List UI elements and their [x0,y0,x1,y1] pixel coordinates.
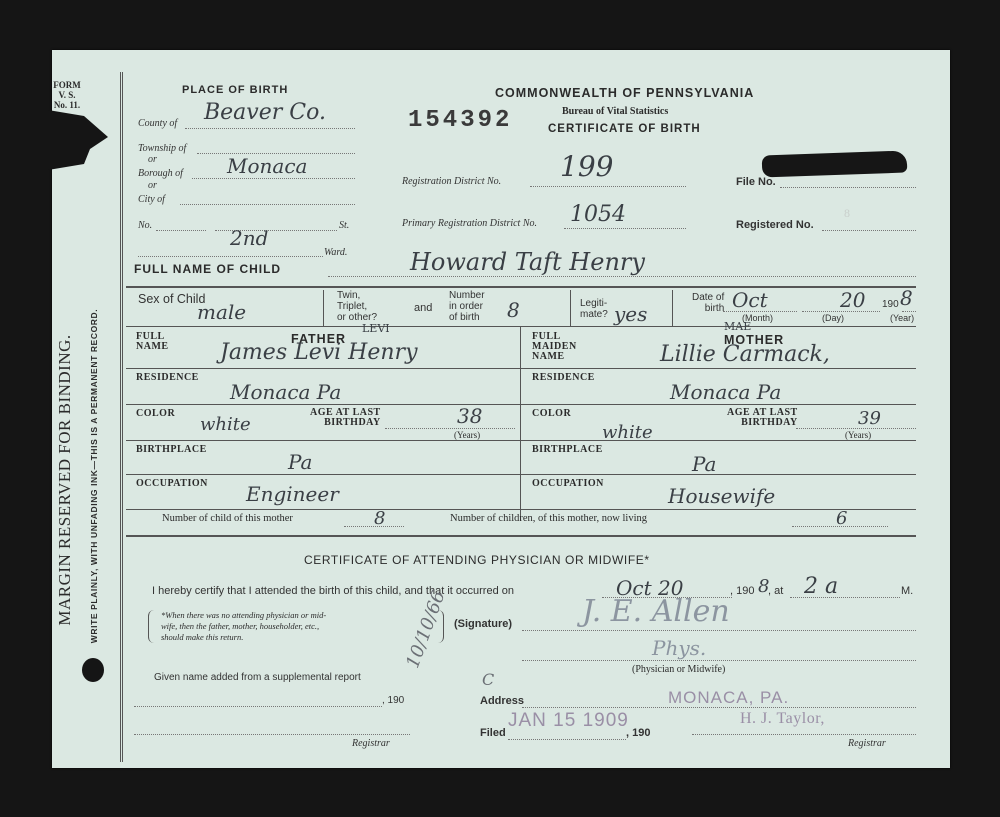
sex-label: Sex of Child [138,293,205,306]
punch-hole [82,658,104,682]
father-birthplace-value: Pa [288,450,312,474]
primary-district-value: 1054 [570,202,626,227]
physician-title: Phys. [652,636,706,660]
children-living-value: 6 [836,508,847,529]
primary-district-label: Primary Registration District No. [402,218,537,229]
mother-occupation-label: OCCUPATION [532,478,604,489]
margin-note: MARGIN RESERVED FOR BINDING. [55,315,75,645]
mother-name-value: Lillie Carmack, [660,342,830,367]
father-residence-value: Monaca Pa [230,380,341,404]
father-color-value: white [200,414,251,435]
dob-month: Oct [732,288,768,312]
physician-signature: J. E. Allen [582,594,730,629]
file-no-label: File No. [736,176,776,188]
children-living-label: Number of children, of this mother, now … [450,513,647,524]
borough-label: Borough of [138,168,183,179]
physician-heading: CERTIFICATE OF ATTENDING PHYSICIAN OR MI… [304,553,650,567]
father-age-value: 38 [457,404,482,428]
place-of-birth-heading: PLACE OF BIRTH [182,84,288,96]
commonwealth-heading: COMMONWEALTH OF PENNSYLVANIA [495,86,754,100]
mother-age-value: 39 [858,408,881,429]
registrar-caption-right: Registrar [848,738,886,749]
margin-rule [120,72,123,762]
father-residence-label: RESIDENCE [136,372,199,383]
father-correction: LEVI [362,322,390,335]
father-age-label: AGE AT LASTBIRTHDAY [310,408,381,428]
supplemental-initial: C [482,670,494,689]
role-caption: (Physician or Midwife) [632,664,725,675]
address-label: Address [480,695,524,707]
filed-stamp: JAN 15 1909 [508,710,629,732]
child-name-label: FULL NAME OF CHILD [134,262,281,276]
mother-age-label: AGE AT LASTBIRTHDAY [727,408,798,428]
mother-residence-label: RESIDENCE [532,372,595,383]
mother-residence-value: Monaca Pa [670,380,781,404]
father-name-value: James Levi Henry [220,340,418,365]
filed-label: Filed [480,727,506,739]
certify-text: I hereby certify that I attended the bir… [152,585,514,597]
township-label: Township of [138,143,186,154]
address-stamp: MONACA, PA. [668,688,789,708]
mother-birthplace-label: BIRTHPLACE [532,444,603,455]
district-label: Registration District No. [402,176,501,187]
bureau-heading: Bureau of Vital Statistics [562,106,668,117]
registered-no-value: 8 [844,206,850,221]
torn-corner [48,110,108,170]
ink-note: WRITE PLAINLY, WITH UNFADING INK—THIS IS… [89,306,99,646]
registrar-name-stamp: H. J. Taylor, [740,710,825,728]
father-color-label: COLOR [136,408,175,419]
dob-label: Date ofbirth [692,292,724,314]
mother-occupation-value: Housewife [668,484,775,508]
child-number-label: Number of child of this mother [162,513,293,524]
borough-value: Monaca [227,154,307,178]
mother-correction: MAE [724,320,751,333]
ward-value: 2nd [230,226,268,250]
signature-label: (Signature) [454,618,512,630]
sex-value: male [197,300,246,324]
father-birthplace-label: BIRTHPLACE [136,444,207,455]
certificate-title: CERTIFICATE OF BIRTH [548,123,701,135]
child-number-value: 8 [374,508,385,529]
mother-color-label: COLOR [532,408,571,419]
given-name-label: Given name added from a supplemental rep… [154,672,361,683]
form-number: FORM V. S. No. 11. [52,80,82,110]
twin-label: Twin,Triplet,or other? [337,290,377,323]
birth-certificate: FORM V. S. No. 11. MARGIN RESERVED FOR B… [52,50,950,768]
city-label: City of [138,194,165,205]
redaction-bar [762,150,908,177]
birth-order-label: Numberin orderof birth [449,290,485,323]
dob-year: 8 [900,286,913,310]
registered-no-label: Registered No. [736,219,814,231]
mother-birthplace-value: Pa [692,452,716,476]
child-name-value: Howard Taft Henry [410,248,645,276]
father-occupation-value: Engineer [246,482,339,506]
certificate-number: 154392 [408,107,512,134]
footnote: *When there was no attending physician o… [148,610,444,643]
registrar-caption-left: Registrar [352,738,390,749]
dob-day: 20 [840,288,865,312]
occurred-time: 2 a [804,574,838,599]
father-name-label: FULLNAME [136,332,169,352]
father-occupation-label: OCCUPATION [136,478,208,489]
birth-order-value: 8 [507,298,520,322]
mother-name-label: FULLMAIDENNAME [532,332,577,362]
legitimate-label: Legiti-mate? [580,298,608,320]
county-label: County of [138,118,177,129]
county-value: Beaver Co. [204,100,326,125]
district-value: 199 [560,150,613,183]
legitimate-value: yes [614,302,647,326]
